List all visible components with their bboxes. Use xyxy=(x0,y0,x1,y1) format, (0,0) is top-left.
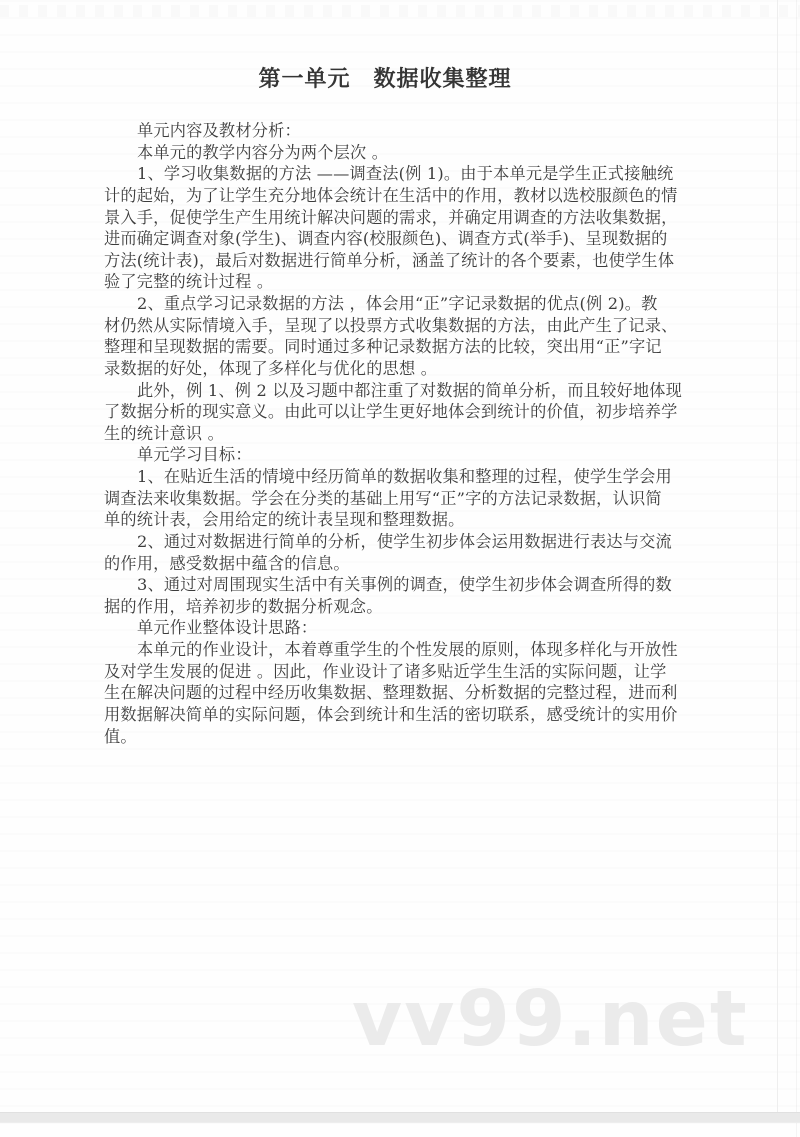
text-line: 景入手，促使学生产生用统计解决问题的需求，并确定用调查的方法收集数据， xyxy=(104,207,710,229)
text-line: 此外，例 1、例 2 以及习题中都注重了对数据的简单分析，而且较好地体现 xyxy=(104,380,710,402)
watermark: vv99.net xyxy=(352,980,749,1060)
text-line: 进而确定调查对象(学生)、调查内容(校服颜色)、调查方式(举手)、呈现数据的 xyxy=(104,228,710,250)
text-line: 单元内容及教材分析： xyxy=(104,120,710,142)
text-line: 录数据的好处，体现了多样化与优化的思想 。 xyxy=(104,358,710,380)
text-line: 的作用，感受数据中蕴含的信息。 xyxy=(104,553,710,575)
text-line: 用数据解决简单的实际问题，体会到统计和生活的密切联系，感受统计的实用价 xyxy=(104,704,710,726)
text-line: 整理和呈现数据的需要。同时通过多种记录数据方法的比较，突出用“正”字记 xyxy=(104,336,710,358)
text-line: 值。 xyxy=(104,726,710,748)
text-line: 验了完整的统计过程 。 xyxy=(104,271,710,293)
page-right-edge-line xyxy=(777,0,778,1112)
page-title: 第一单元 数据收集整理 xyxy=(0,66,770,94)
text-line: 方法(统计表)，最后对数据进行简单分析，涵盖了统计的各个要素，也使学生体 xyxy=(104,250,710,272)
text-line: 及对学生发展的促进 。因此，作业设计了诸多贴近学生生活的实际问题，让学 xyxy=(104,661,710,683)
document-page: 第一单元 数据收集整理 单元内容及教材分析：本单元的教学内容分为两个层次 。1、… xyxy=(0,0,800,1137)
scanner-bottom-band xyxy=(0,1112,800,1123)
text-line: 生的统计意识 。 xyxy=(104,423,710,445)
text-line: 计的起始，为了让学生充分地体会统计在生活中的作用，教材以选校服颜色的情 xyxy=(104,185,710,207)
text-line: 单的统计表，会用给定的统计表呈现和整理数据。 xyxy=(104,509,710,531)
text-line: 本单元的作业设计，本着尊重学生的个性发展的原则，体现多样化与开放性 xyxy=(104,639,710,661)
document-text: 单元内容及教材分析：本单元的教学内容分为两个层次 。1、学习收集数据的方法 ——… xyxy=(104,120,710,747)
text-line: 本单元的教学内容分为两个层次 。 xyxy=(104,142,710,164)
text-line: 据的作用，培养初步的数据分析观念。 xyxy=(104,596,710,618)
viewer-right-edge-line xyxy=(796,0,797,1137)
text-line: 1、学习收集数据的方法 ——调查法(例 1)。由于本单元是学生正式接触统 xyxy=(104,163,710,185)
text-line: 生在解决问题的过程中经历收集数据、整理数据、分析数据的完整过程，进而利 xyxy=(104,682,710,704)
text-line: 了数据分析的现实意义。由此可以让学生更好地体会到统计的价值，初步培养学 xyxy=(104,401,710,423)
text-line: 单元学习目标： xyxy=(104,444,710,466)
text-line: 调查法来收集数据。学会在分类的基础上用写“正”字的方法记录数据，认识简 xyxy=(104,488,710,510)
text-line: 1、在贴近生活的情境中经历简单的数据收集和整理的过程，使学生学会用 xyxy=(104,466,710,488)
text-line: 单元作业整体设计思路： xyxy=(104,617,710,639)
scan-top-artifact xyxy=(0,5,800,17)
text-line: 2、通过对数据进行简单的分析，使学生初步体会运用数据进行表达与交流 xyxy=(104,531,710,553)
text-line: 材仍然从实际情境入手，呈现了以投票方式收集数据的方法，由此产生了记录、 xyxy=(104,315,710,337)
text-line: 2、重点学习记录数据的方法 ，体会用“正”字记录数据的优点(例 2)。教 xyxy=(104,293,710,315)
text-line: 3、通过对周围现实生活中有关事例的调查，使学生初步体会调查所得的数 xyxy=(104,574,710,596)
